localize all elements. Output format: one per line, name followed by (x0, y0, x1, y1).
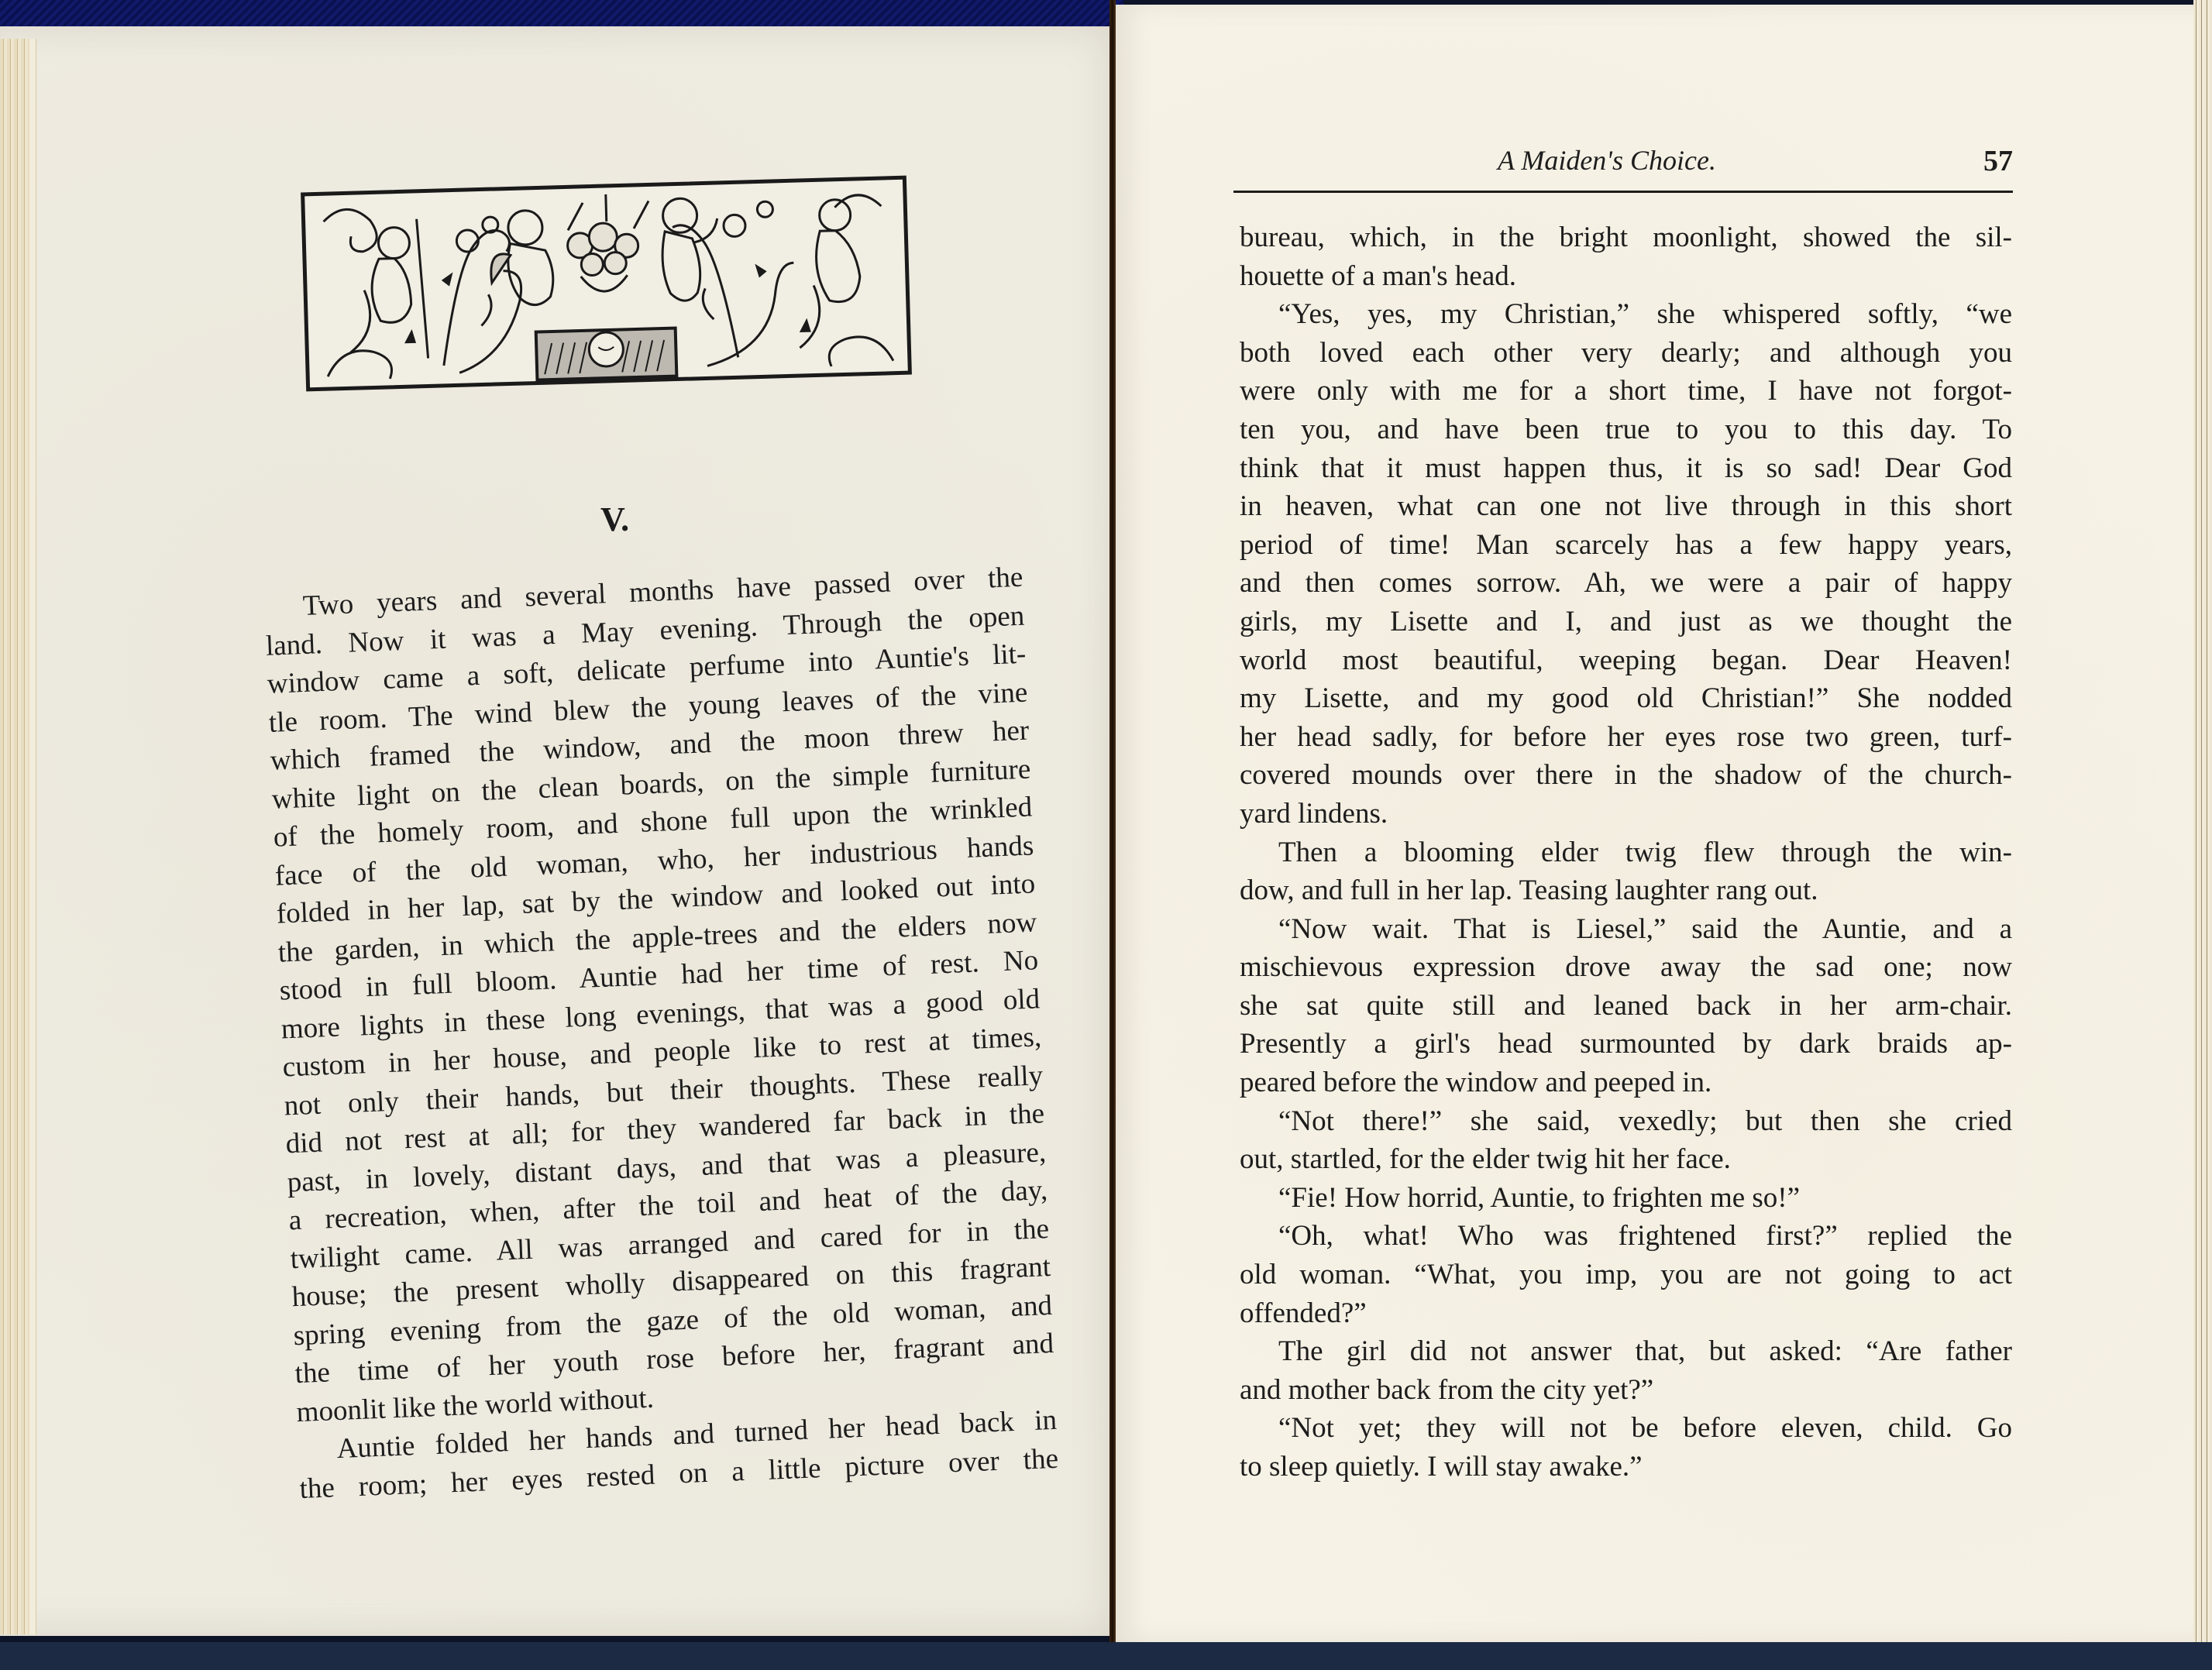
text-line: in heaven, what can one not live through… (1240, 487, 2012, 526)
text-line: “Fie! How horrid, Auntie, to frighten me… (1240, 1179, 2012, 1218)
right-page-body-text: bureau, which, in the bright moonlight, … (1240, 218, 2012, 1486)
text-line: and mother back from the city yet?” (1240, 1371, 2012, 1410)
text-line: Presently a girl's head surmounted by da… (1240, 1025, 2012, 1064)
text-line: ten you, and have been true to you to th… (1240, 411, 2012, 449)
text-line: think that it must happen thus, it is so… (1240, 449, 2012, 488)
text-line: “Now wait. That is Liesel,” said the Aun… (1240, 910, 2012, 949)
text-line: The girl did not answer that, but asked:… (1240, 1332, 2012, 1371)
text-line: houette of a man's head. (1240, 257, 2012, 296)
text-line: offended?” (1240, 1294, 2012, 1333)
book-cover-top-edge (0, 0, 1123, 28)
left-page-stack-edges (0, 39, 29, 1634)
text-line: bureau, which, in the bright moonlight, … (1240, 218, 2012, 257)
text-line: yard lindens. (1240, 795, 2012, 833)
text-line: my Lisette, and my good old Christian!” … (1240, 679, 2012, 718)
text-line: covered mounds over there in the shadow … (1240, 756, 2012, 795)
right-page-stack-edges (2193, 0, 2212, 1642)
text-line: “Not there!” she said, vexedly; but then… (1240, 1102, 2012, 1141)
text-line: Then a blooming elder twig flew through … (1240, 833, 2012, 872)
text-line: girls, my Lisette and I, and just as we … (1240, 603, 2012, 641)
text-line: out, startled, for the elder twig hit he… (1240, 1140, 2012, 1179)
running-head: A Maiden's Choice. 57 (1238, 144, 2013, 191)
text-line: and then comes sorrow. Ah, we were a pai… (1240, 564, 2012, 603)
text-line: to sleep quietly. I will stay awake.” (1240, 1448, 2012, 1486)
text-line: dow, and full in her lap. Teasing laught… (1240, 871, 2012, 910)
text-line: mischievous expression drove away the sa… (1240, 948, 2012, 987)
text-line: she sat quite still and leaned back in h… (1240, 987, 2012, 1026)
chapter-number: V. (600, 500, 629, 539)
text-line: old woman. “What, you imp, you are not g… (1240, 1256, 2012, 1294)
text-line: period of time! Man scarcely has a few h… (1240, 526, 2012, 565)
ornament-headpiece-icon (300, 174, 913, 393)
book-gutter-spine (1109, 0, 1116, 1642)
book-cover-bottom-edge (0, 1642, 2212, 1670)
left-page-fold-edge (29, 39, 36, 1634)
page-number: 57 (1983, 144, 2013, 178)
text-line: both loved each other very dearly; and a… (1240, 334, 2012, 373)
text-line: “Oh, what! Who was frightened first?” re… (1240, 1217, 2012, 1256)
left-page-body-text: Two years and several months have passed… (263, 558, 1059, 1508)
running-head-title: A Maiden's Choice. (1498, 144, 1716, 177)
header-rule-divider (1233, 191, 2013, 193)
text-line: were only with me for a short time, I ha… (1240, 372, 2012, 411)
text-line: peared before the window and peeped in. (1240, 1064, 2012, 1102)
text-line: “Not yet; they will not be before eleven… (1240, 1409, 2012, 1448)
text-line: “Yes, yes, my Christian,” she whispered … (1240, 295, 2012, 334)
text-line: her head sadly, for before her eyes rose… (1240, 718, 2012, 757)
text-line: world most beautiful, weeping began. Dea… (1240, 641, 2012, 680)
